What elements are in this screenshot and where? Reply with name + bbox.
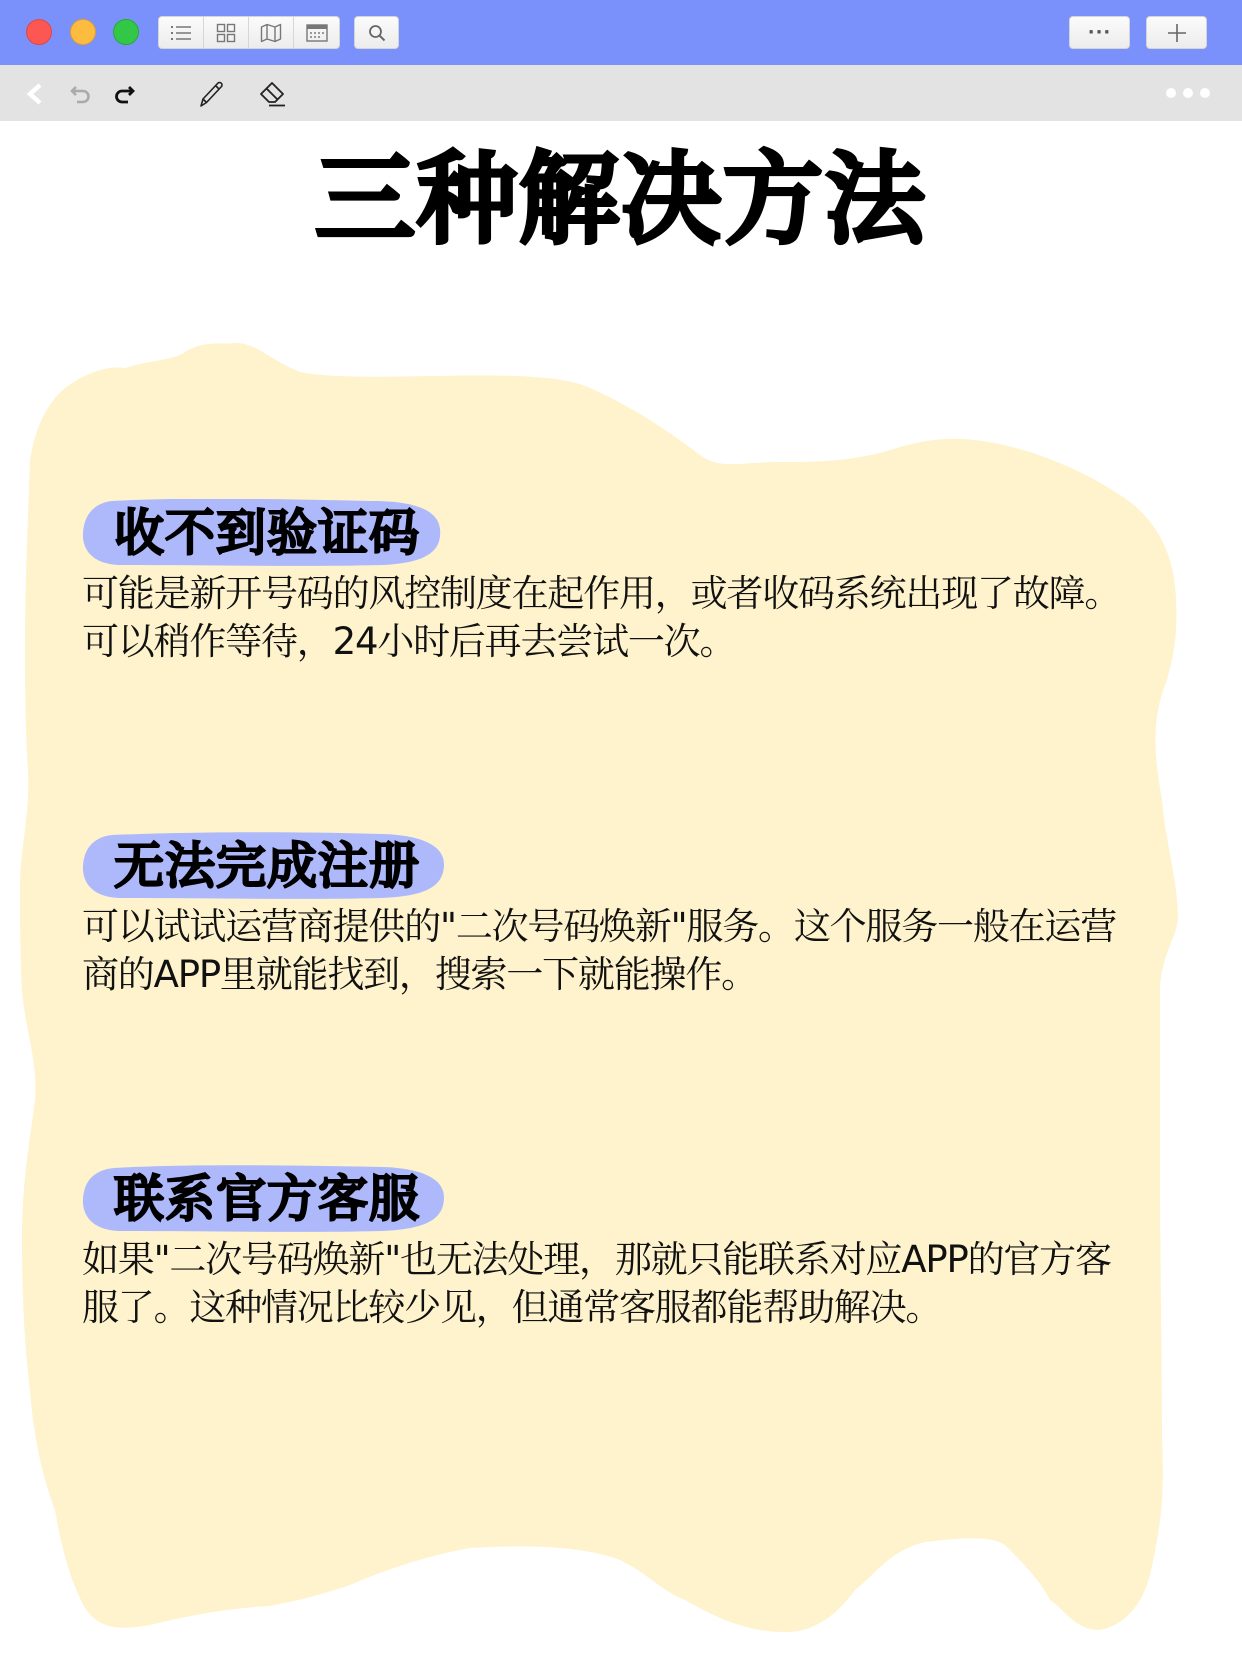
solution-section-2: 无法完成注册 可以试试运营商提供的"二次号码焕新"服务。这个服务一般在运营 商的… xyxy=(82,832,1162,999)
section-body: 可以试试运营商提供的"二次号码焕新"服务。这个服务一般在运营 商的APP里就能找… xyxy=(82,903,1162,999)
body-line: 可能是新开号码的风控制度在起作用，或者收码系统出现了故障。 xyxy=(82,570,1162,618)
body-line: 服了。这种情况比较少见，但通常客服都能帮助解决。 xyxy=(82,1284,1162,1332)
section-heading-badge: 收不到验证码 xyxy=(82,499,454,567)
yellow-background-blob xyxy=(0,0,1242,1656)
section-heading-badge: 无法完成注册 xyxy=(82,832,454,900)
solution-section-1: 收不到验证码 可能是新开号码的风控制度在起作用，或者收码系统出现了故障。 可以稍… xyxy=(82,499,1162,666)
section-heading: 收不到验证码 xyxy=(114,504,420,562)
section-heading: 联系官方客服 xyxy=(114,1170,420,1228)
section-body: 如果"二次号码焕新"也无法处理，那就只能联系对应APP的官方客 服了。这种情况比… xyxy=(82,1236,1162,1332)
body-line: 如果"二次号码焕新"也无法处理，那就只能联系对应APP的官方客 xyxy=(82,1236,1162,1284)
section-body: 可能是新开号码的风控制度在起作用，或者收码系统出现了故障。 可以稍作等待，24小… xyxy=(82,570,1162,666)
body-line: 可以试试运营商提供的"二次号码焕新"服务。这个服务一般在运营 xyxy=(82,903,1162,951)
section-heading: 无法完成注册 xyxy=(114,837,420,895)
body-line: 商的APP里就能找到，搜索一下就能操作。 xyxy=(82,951,1162,999)
solution-section-3: 联系官方客服 如果"二次号码焕新"也无法处理，那就只能联系对应APP的官方客 服… xyxy=(82,1165,1162,1332)
section-heading-badge: 联系官方客服 xyxy=(82,1165,454,1233)
body-line: 可以稍作等待，24小时后再去尝试一次。 xyxy=(82,618,1162,666)
